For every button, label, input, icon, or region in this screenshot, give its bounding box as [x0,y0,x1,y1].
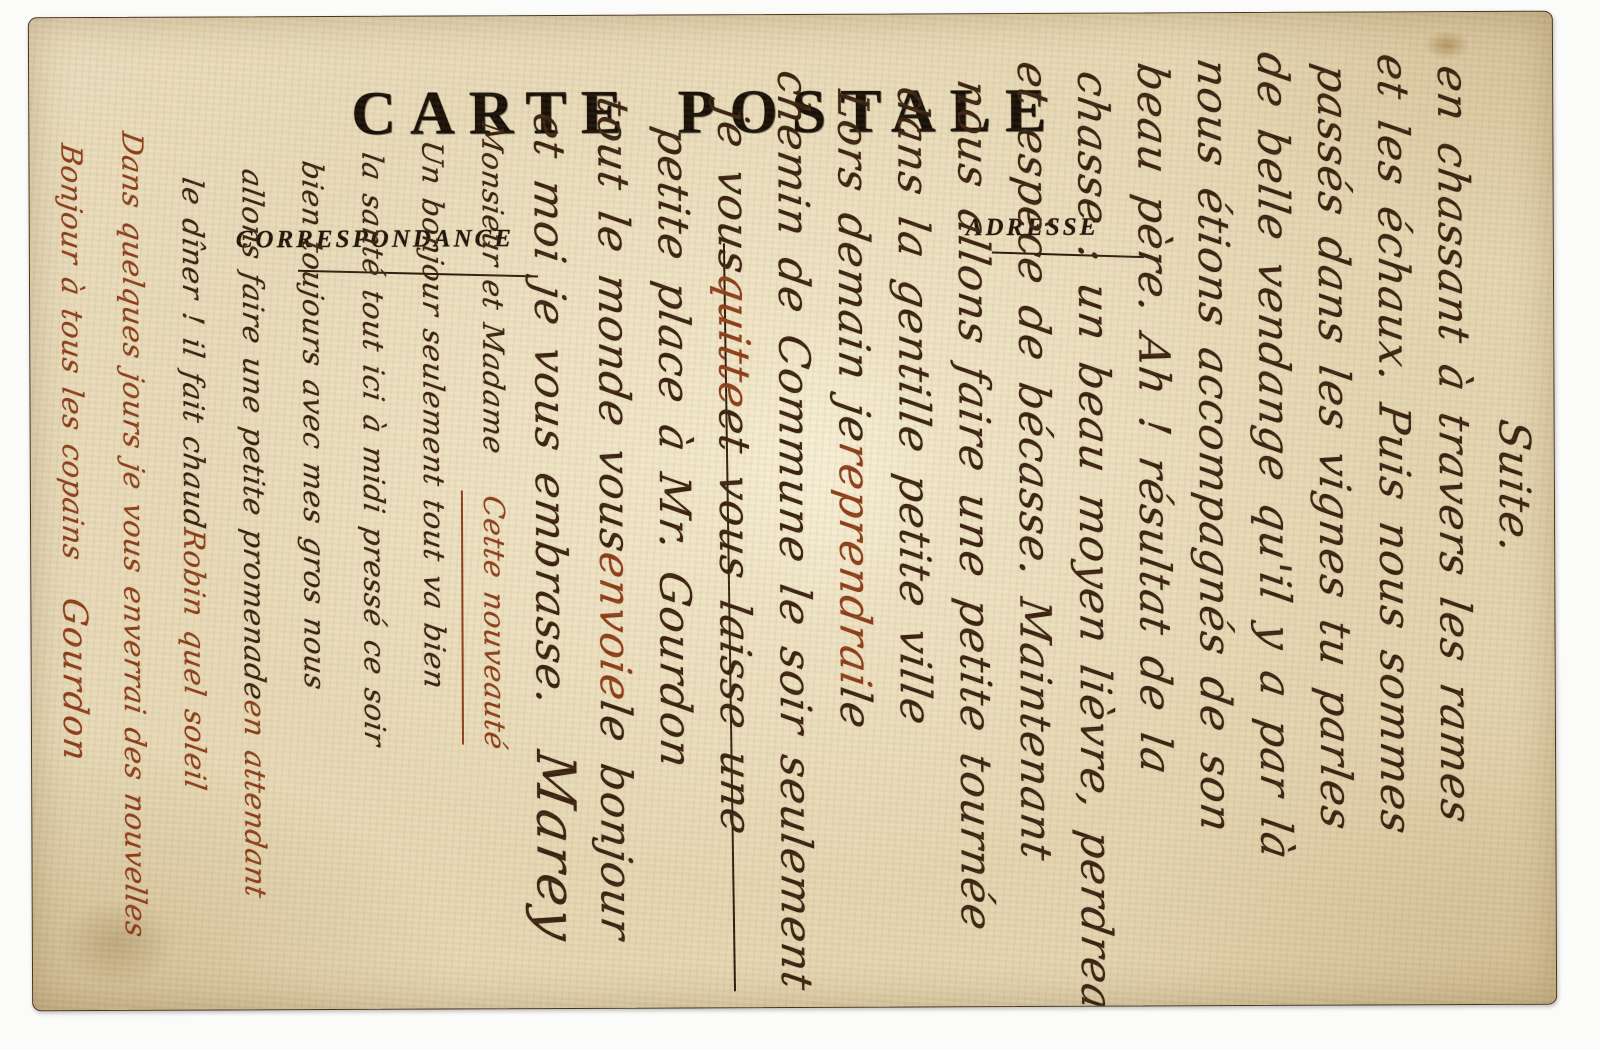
handwriting-line: le dîner ! il fait chaud Robin quel sole… [160,53,224,974]
handwriting-line: et les échaux. Puis nous sommes [1360,48,1424,969]
handwriting-line: et espèce de bécasse. Maintenant [1000,49,1064,970]
handwriting-line: chemin de Commune le soir seulement [760,50,824,971]
handwriting-line: nous allons faire une petite tournée [940,50,1004,971]
handwriting-line: beau père. Ah ! résultat de la [1120,49,1184,970]
handwriting-segment: et les échaux. Puis nous sommes [1362,50,1423,839]
handwriting-line: en chassant à travers les rames [1420,48,1484,969]
handwriting-segment: Robin quel soleil [165,524,224,795]
handwriting-segment: beau père. Ah ! résultat de la [1123,59,1184,779]
handwriting-line: Suite. [1480,47,1544,968]
handwriting-line: bien toujours avec mes gros nous [280,52,344,973]
handwriting-segment: passés dans les vignes tu parles [1303,60,1364,834]
handwriting-segment: chemin de Commune le soir seulement [763,67,825,995]
handwriting-segment: tout le monde vous [583,93,643,557]
handwriting-segment: Lors demain je [823,86,883,447]
handwriting-segment: envoie [585,548,644,705]
handwriting-layer: Suite.en chassant à travers les rameset … [29,12,1556,1011]
handwriting-segment: Bonjour à tous les copains [42,140,102,565]
handwriting-segment: petite place à Mr. Gourdon [643,123,704,773]
handwriting-line: Monsieur et MadameCette nouveauté [460,52,524,973]
handwriting-segment: chasse : un beau moyen lièvre, perdreau [1063,67,1125,1010]
handwriting-line: passés dans les vignes tu parles [1300,48,1364,969]
handwriting-segment: en chassant à travers les rames [1423,62,1484,828]
handwriting-line: la santé tout ici à midi pressé ce soir [340,52,404,973]
handwriting-line: je vous quitte et vous laisse une [700,51,764,972]
handwriting-line: dans la gentille petite ville [880,50,944,971]
handwriting-segment: Marey [526,747,585,947]
handwriting-line: tout le monde vous envoie le bonjour [580,51,644,972]
handwriting-segment: je vous [703,103,762,278]
handwriting-segment: de belle vendange qu'il y a par là [1242,49,1304,864]
handwriting-segment: allons faire une petite promenade [223,165,283,705]
handwriting-segment: Gourdon [45,594,104,767]
handwriting-segment: et vous laisse une [704,404,764,839]
handwriting-segment: dans la gentille petite ville [883,84,944,729]
handwriting-segment: nous étions accompagnés de son [1183,55,1244,837]
handwriting-line: et moi je vous embrasse.Marey [520,51,584,972]
handwriting-line: Un bonjour seulement tout va bien [400,52,464,973]
handwriting-line: Dans quelques jours je vous enverrai des… [100,53,164,974]
handwriting-segment: Un bonjour seulement tout va bien [403,136,463,693]
handwriting-segment: nous allons faire une petite tournée [943,76,1005,935]
handwriting-segment: et moi je vous embrasse. [519,109,580,710]
handwriting-line: chasse : un beau moyen lièvre, perdreau [1060,49,1124,970]
handwriting-segment: en attendant [225,696,284,903]
handwriting-segment: le bonjour [585,697,644,944]
handwriting-segment: quitte [703,269,762,413]
handwriting-segment: Dans quelques jours je vous enverrai des… [103,128,165,942]
handwriting-segment: Monsieur et Madame [463,118,522,458]
handwriting-line: allons faire une petite promenade en att… [220,53,284,974]
handwriting-segment: le [825,683,883,733]
handwriting-line: de belle vendange qu'il y a par là [1240,48,1304,969]
handwriting-line: petite place à Mr. Gourdon [640,51,704,972]
postcard: CARTE POSTALE CORRESPONDANCE ADRESSE Sui… [28,11,1557,1012]
handwriting-segment: le dîner ! il fait chaud [163,173,223,533]
handwriting-line: Lors demain je reprendrai le [820,50,884,971]
handwriting-segment: et espèce de bécasse. Maintenant [1003,58,1065,865]
handwriting-segment: la santé tout ici à midi pressé ce soir [343,149,404,751]
handwriting-line: Bonjour à tous les copainsGourdon [40,54,104,975]
handwriting-segment: bien toujours avec mes gros nous [283,157,343,694]
handwriting-line: nous étions accompagnés de son [1180,49,1244,970]
handwriting-segment: Suite. [1484,416,1543,558]
handwriting-rotated-block: Suite.en chassant à travers les rameset … [41,52,1545,971]
handwriting-segment: reprendrai [824,438,883,692]
handwriting-segment: Cette nouveauté [460,491,523,754]
